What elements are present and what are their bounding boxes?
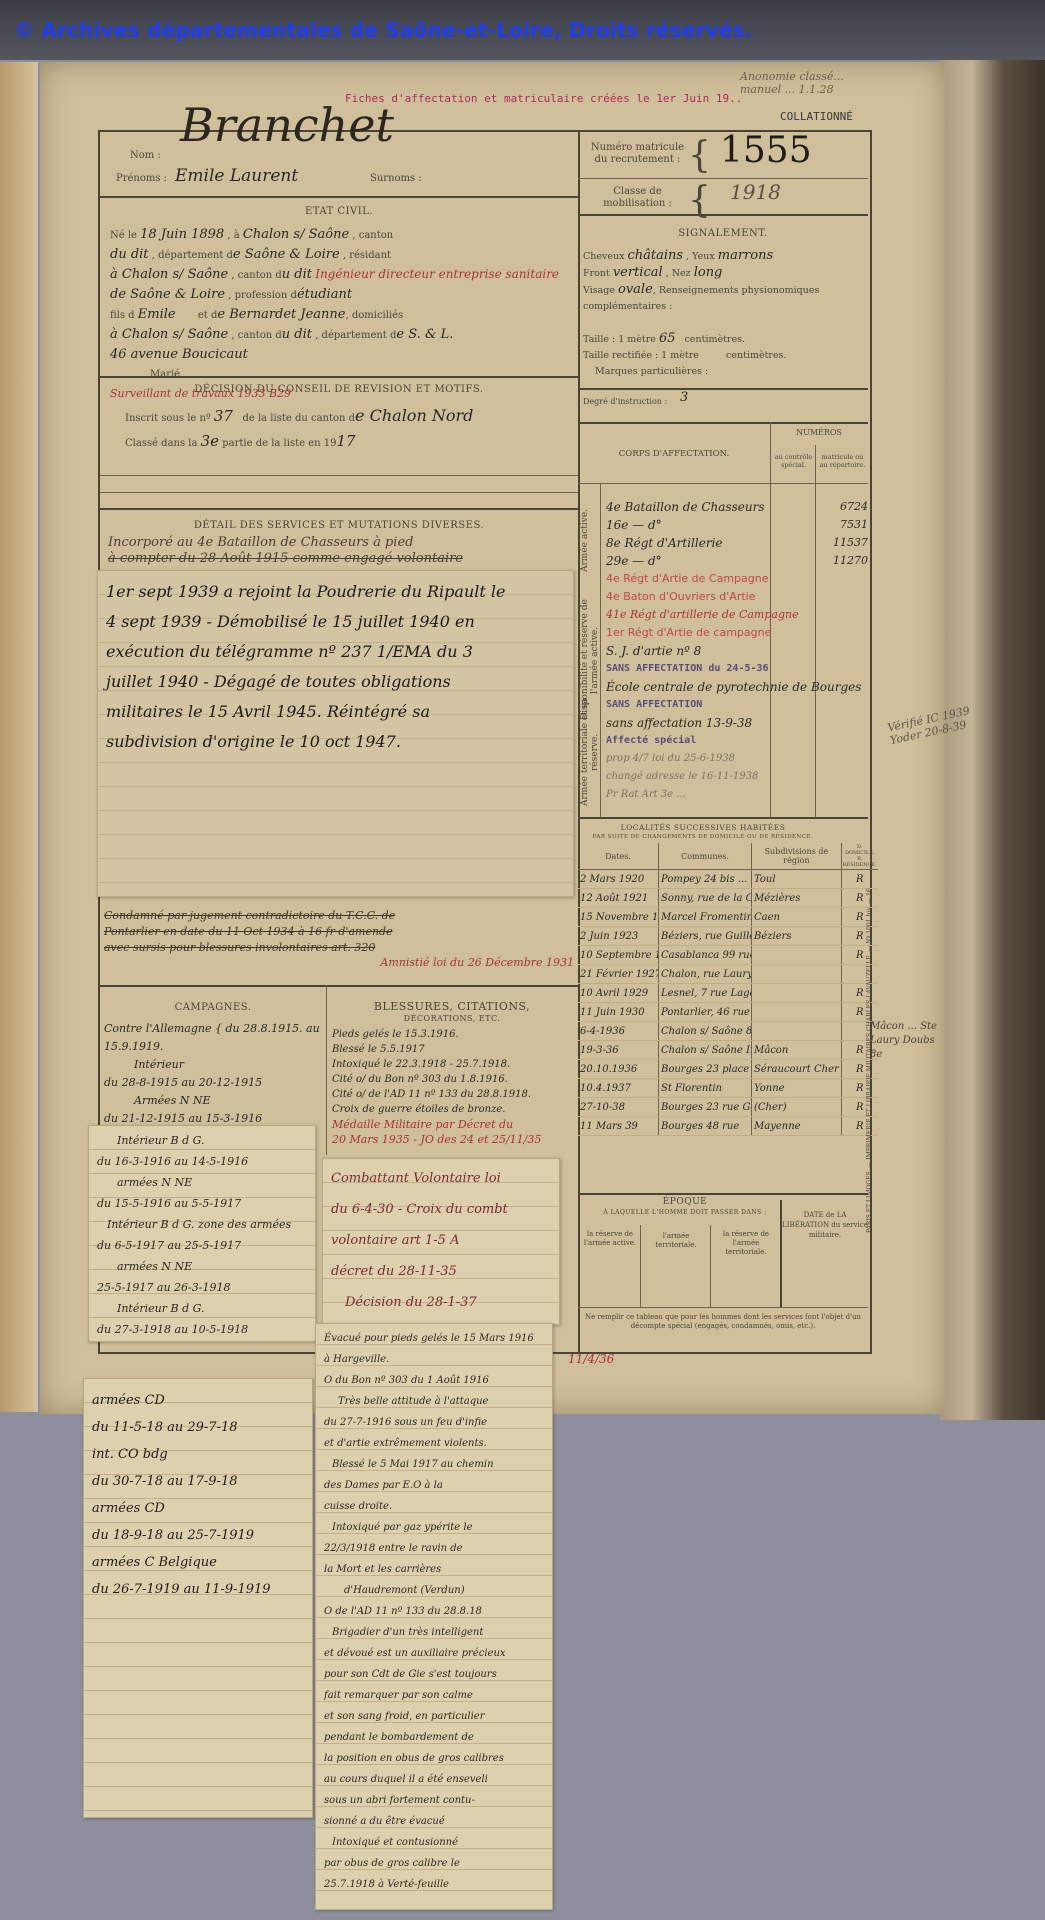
localite-date: 2 Juin 1923 (578, 927, 659, 946)
localite-commune: Casablanca 99 rue de Foucauld (659, 946, 752, 965)
nom-label: Nom : (130, 150, 161, 161)
rule (578, 483, 868, 484)
canton2-value: u dit (282, 267, 312, 282)
localite-commune: Bourges 23 place (659, 1060, 752, 1079)
col-matricule-repertoire: matricule ou au répertoire. (817, 453, 868, 469)
slip-line: armées N NE (97, 1172, 311, 1193)
corps-entry: 4e Régt d'Artie de Campagne (606, 570, 868, 588)
pasted-slip-citations: Évacué pour pieds gelés le 15 Mars 1916 … (315, 1323, 553, 1910)
localite-subdivision: Béziers (752, 927, 842, 946)
degre-instruction-label: Degré d'instruction : (583, 397, 667, 406)
corps-entry: École centrale de pyrotechnie de Bourges (606, 678, 868, 696)
corps-entry-text: 1er Régt d'Artie de campagne (606, 624, 771, 642)
services-slip-text: 1er sept 1939 a rejoint la Poudrerie du … (106, 577, 568, 757)
localite-date: 15 Novembre 1921 (578, 908, 659, 927)
corps-entry: S. J. d'artie nº 8 (606, 642, 868, 660)
localite-subdivision: Mézières (752, 889, 842, 908)
canton3-label: , canton d (231, 330, 281, 341)
localite-date: 12 Août 1921 (578, 889, 659, 908)
corps-entry-text: Affecté spécial (606, 732, 696, 750)
epoque-subtitle: À LAQUELLE L'HOMME DOIT PASSER DANS : (580, 1209, 790, 1216)
collationne-stamp: COLLATIONNÉ (780, 110, 853, 123)
col-subdivisions: Subdivisions de région (752, 843, 842, 870)
amnistie-text: Amnistié loi du 26 Décembre 1931 (104, 956, 574, 969)
slip-line: Intérieur B d G. zone des armées (97, 1214, 311, 1235)
slip-line: du 27-3-1918 au 10-5-1918 (97, 1319, 311, 1340)
localites-table: Dates. Communes. Subdivisions de région … (578, 843, 878, 1136)
localite-commune: Béziers, rue Guillemot 30 (659, 927, 752, 946)
pasted-slip-campagnes-2: armées CD du 11-5-18 au 29-7-18 int. CO … (83, 1378, 313, 1818)
corps-entry-text: 16e — d° (606, 516, 662, 534)
localite-row: 10 Avril 1929Lesnel, 7 rue LagoutR (578, 984, 878, 1003)
localite-row: 27-10-38Bourges 23 rue Gambon(Cher)R (578, 1098, 878, 1117)
classe-mobilisation-value: 1918 (730, 180, 781, 204)
creation-stamp: Fiches d'affectation et matriculaire cré… (345, 92, 742, 105)
divider (100, 508, 578, 510)
canton-value: du dit (110, 247, 149, 262)
localite-subdivision: Caen (752, 908, 842, 927)
localite-row: 20.10.1936Bourges 23 placeSéraucourt Che… (578, 1060, 878, 1079)
prenoms-label: Prénoms : (116, 173, 167, 184)
localite-date: 20.10.1936 (578, 1060, 659, 1079)
corps-entry-text: 29e — d° (606, 552, 662, 570)
corps-entry: 29e — d°11270 (606, 552, 868, 570)
slip-line: du 30-7-18 au 17-9-18 (92, 1468, 308, 1495)
corps-entry-text: 8e Régt d'Artillerie (606, 534, 723, 552)
col-communes: Communes. (659, 843, 752, 870)
nez-value: long (694, 265, 723, 280)
slip-line: armées N NE (97, 1256, 311, 1277)
mere-label: et d (198, 310, 218, 321)
fils-label: fils d (110, 310, 135, 321)
corps-entry-matricule: 11537 (833, 534, 868, 552)
campagne-line: du 28-8-1915 au 20-12-1915 (104, 1074, 324, 1092)
divider (100, 985, 578, 987)
slip-line: exécution du télégramme nº 237 1/EMA du … (106, 637, 568, 667)
condamnation-line: Condamné par jugement contradictoire du … (104, 908, 574, 924)
book-spine-left (0, 62, 38, 1412)
localite-row: 15 Novembre 1921Marcel Fromentin, Trouva… (578, 908, 878, 927)
divider (578, 214, 868, 216)
canton-liste: e Chalon Nord (355, 406, 473, 425)
prenoms-value: Emile Laurent (175, 166, 298, 186)
localite-subdivision (752, 1003, 842, 1022)
localite-row: 2 Juin 1923Béziers, rue Guillemot 30Bézi… (578, 927, 878, 946)
slip-line: armées C Belgique (92, 1549, 308, 1576)
col-armee-territoriale: l'armée territoriale. (642, 1232, 710, 1250)
slip-line: Blessé le 5 Mai 1917 au chemin (324, 1454, 548, 1475)
cheveux-value: châtains (628, 248, 684, 263)
localite-commune: Chalon s/ Saône Impasse Glas (659, 1041, 752, 1060)
slip-line: du 6-4-30 - Croix du combt (331, 1194, 555, 1225)
side-armee-active: Armée active. (580, 500, 590, 580)
adresse-value: 46 avenue Boucicaut (110, 347, 248, 362)
localite-date: 2 Mars 1920 (578, 870, 659, 889)
slip-line: Évacué pour pieds gelés le 15 Mars 1916 (324, 1328, 548, 1349)
rule (100, 475, 578, 476)
domicilies-label: , domiciliés (346, 310, 404, 321)
localite-subdivision: Séraucourt Cher (752, 1060, 842, 1079)
slip-line: Très belle attitude à l'attaque (324, 1391, 548, 1412)
slip-line: Intérieur B d G. (97, 1130, 311, 1151)
corps-entry-text: 4e Baton d'Ouvriers d'Artie (606, 588, 756, 606)
slip-line: par obus de gros calibre le (324, 1853, 548, 1874)
localite-row: 10 Septembre 1924Casablanca 99 rue de Fo… (578, 946, 878, 965)
date-liberation-title: DATE de LA LIBÉRATION du service militai… (782, 1210, 868, 1240)
corps-affectation-title: CORPS D'AFFECTATION. (578, 449, 770, 459)
conseil-revision-title: DÉCISION DU CONSEIL DE REVISION ET MOTIF… (100, 384, 578, 395)
localite-subdivision (752, 965, 842, 984)
slip-line: du 11-5-18 au 29-7-18 (92, 1414, 308, 1441)
slip-line: du 16-3-1916 au 14-5-1916 (97, 1151, 311, 1172)
marques-label: Marques particulières : (595, 366, 708, 377)
slip-line: Intoxiqué par gaz ypérite le (324, 1517, 548, 1538)
slip-line: fait remarquer par son calme (324, 1685, 548, 1706)
slip-line: Combattant Volontaire loi (331, 1163, 555, 1194)
departement3-label: , département d (315, 330, 396, 341)
slip-line: 1er sept 1939 a rejoint la Poudrerie du … (106, 577, 568, 607)
services-title: DÉTAIL DES SERVICES ET MUTATIONS DIVERSE… (100, 520, 578, 531)
campagne-line: Intérieur (104, 1056, 324, 1074)
slip-line: 22/3/1918 entre le ravin de (324, 1538, 548, 1559)
col-reserve-active: la réserve de l'armée active. (580, 1230, 640, 1248)
divider (100, 376, 578, 378)
medaille-line: Médaille Militaire par Décret du (332, 1117, 576, 1132)
localites-title: LOCALITÉS SUCCESSIVES HABITÉES (578, 823, 828, 832)
margin-note-localites: Mâcon ... Ste Laury Doubs 8e (870, 1020, 940, 1062)
corps-entry-matricule: 11270 (833, 552, 868, 570)
signalement-block: Cheveux châtains , Yeux marrons Front ve… (583, 248, 868, 380)
centimetres-label: centimètres. (726, 350, 786, 361)
degre-instruction-value: 3 (680, 390, 688, 405)
epoque-title: ÉPOQUE (580, 1197, 790, 1207)
corps-entry-text: sans affectation 13-9-38 (606, 714, 752, 732)
pasted-slip-services: 1er sept 1939 a rejoint la Poudrerie du … (97, 570, 574, 897)
blessure-line: Pieds gelés le 15.3.1916. (332, 1027, 576, 1042)
slip-line: Brigadier d'un très intelligent (324, 1622, 548, 1643)
slip-line: du 15-5-1916 au 5-5-1917 (97, 1193, 311, 1214)
localite-commune: Marcel Fromentin, Trouvain (Aisne) (659, 908, 752, 927)
localite-subdivision (752, 1022, 842, 1041)
corps-entry-text: Pr Rat Art 3e ... (606, 786, 686, 804)
domicile-parents: à Chalon s/ Saône (110, 327, 228, 342)
yeux-label: , Yeux (686, 251, 715, 262)
localite-row: 10.4.1937St FlorentinYonneR (578, 1079, 878, 1098)
corps-entry: 8e Régt d'Artillerie11537 (606, 534, 868, 552)
corps-entry: 4e Bataillon de Chasseurs6724 (606, 498, 868, 516)
classe-mobilisation-label: Classe de mobilisation : (590, 186, 685, 210)
numero-matricule-value: 1555 (720, 130, 812, 171)
side-territoriale: Armée territoriale et sa réserve. (580, 690, 600, 815)
localite-row: 19-3-36Chalon s/ Saône Impasse GlasMâcon… (578, 1041, 878, 1060)
slip-campagnes2-text: armées CD du 11-5-18 au 29-7-18 int. CO … (92, 1387, 308, 1603)
slip-line: armées CD (92, 1387, 308, 1414)
localite-subdivision (752, 984, 842, 1003)
corps-entry-matricule: 7531 (840, 516, 868, 534)
departement2-value: de Saône & Loire (110, 287, 225, 302)
localite-commune: Bourges 48 rue (659, 1117, 752, 1136)
localite-date: 10 Avril 1929 (578, 984, 659, 1003)
blessures-list: Pieds gelés le 15.3.1916. Blessé le 5.5.… (332, 1027, 576, 1147)
corps-entry-text: 4e Bataillon de Chasseurs (606, 498, 764, 516)
col-line (710, 1225, 711, 1307)
slip-line: O du Bon nº 303 du 1 Août 1916 (324, 1370, 548, 1391)
brace: { (688, 135, 711, 176)
slip-line: pendant le bombardement de (324, 1727, 548, 1748)
corps-entry-text: SANS AFFECTATION du 24-5-36 (606, 660, 769, 678)
epoque-note: Ne remplir ce tableau que pour les homme… (582, 1313, 864, 1331)
nom-value: Branchet (180, 98, 394, 152)
slip-line: juillet 1940 - Dégagé de toutes obligati… (106, 667, 568, 697)
condamnation-line: avec sursis pour blessures involontaires… (104, 940, 574, 956)
medaille-line: 20 Mars 1935 - JO des 24 et 25/11/35 (332, 1132, 576, 1147)
slip-line: subdivision d'origine le 10 oct 1947. (106, 727, 568, 757)
corps-entry-text: École centrale de pyrotechnie de Bourges (606, 678, 861, 696)
taille-rectifiee-label: Taille rectifiée : 1 mètre (583, 350, 699, 361)
corps-entry-text: 4e Régt d'Artie de Campagne (606, 570, 769, 588)
service-line: Incorporé au 4e Bataillon de Chasseurs à… (108, 535, 576, 551)
slip-line: int. CO bdg (92, 1441, 308, 1468)
copyright-watermark: © Archives départementales de Saône-et-L… (14, 18, 752, 42)
localite-subdivision: (Cher) (752, 1098, 842, 1117)
condamnation-text: Condamné par jugement contradictoire du … (104, 908, 574, 956)
condamnation-line: Pontarlier en date du 11 Oct 1934 à 16 f… (104, 924, 574, 940)
col-dates: Dates. (578, 843, 659, 870)
etat-civil-title: ETAT CIVIL. (100, 206, 578, 217)
localite-date: 10 Septembre 1924 (578, 946, 659, 965)
localite-date: 11 Juin 1930 (578, 1003, 659, 1022)
numero-matricule-label: Numéro matricule du recrutement : (590, 142, 685, 166)
slip-line: armées CD (92, 1495, 308, 1522)
stamp-date: 11/4/36 (568, 1352, 614, 1366)
blessure-line: Blessé le 5.5.1917 (332, 1042, 576, 1057)
corps-entry: sans affectation 13-9-38 (606, 714, 868, 732)
col-line (600, 483, 601, 817)
localite-commune: Pontarlier, 46 rue Gambetta (659, 1003, 752, 1022)
pasted-slip-campagnes-1: Intérieur B d G. du 16-3-1916 au 14-5-19… (88, 1125, 316, 1342)
surnoms-label: Surnoms : (370, 173, 422, 184)
localite-date: 21 Février 1927 (578, 965, 659, 984)
corps-entry-text: changé adresse le 16-11-1938 (606, 768, 758, 786)
lieu-naissance: Chalon s/ Saône (243, 227, 349, 242)
slip-line: et dévoué est un auxiliaire précieux (324, 1643, 548, 1664)
localites-header-row: Dates. Communes. Subdivisions de région … (578, 843, 878, 870)
localite-subdivision: Mâcon (752, 1041, 842, 1060)
localite-commune: Chalon, rue Laury, 42 avenue Boucicaut (659, 965, 752, 984)
blessure-line: Croix de guerre étoiles de bronze. (332, 1102, 576, 1117)
slip-line: à Hargeville. (324, 1349, 548, 1370)
corps-entry-text: S. J. d'artie nº 8 (606, 642, 701, 660)
campagne-line: Armées N NE (104, 1092, 324, 1110)
marie-label: Marié (150, 369, 180, 380)
profession-correction: Ingénieur directeur entreprise sanitaire (315, 267, 559, 281)
signalement-title: SIGNALEMENT. (578, 228, 868, 239)
taille-label: Taille : 1 mètre (583, 334, 656, 345)
localite-commune: Sonny, rue de la Chaux (659, 889, 752, 908)
slip-line: et d'artie extrêmement violents. (324, 1433, 548, 1454)
localite-row: 11 Juin 1930Pontarlier, 46 rue GambettaR (578, 1003, 878, 1022)
blessures-title: BLESSURES, CITATIONS, (326, 1000, 578, 1013)
localite-commune: Bourges 23 rue Gambon (659, 1098, 752, 1117)
localite-subdivision: Mayenne (752, 1117, 842, 1136)
col-line (640, 1225, 641, 1307)
localite-row: 11 Mars 39Bourges 48 rueMayenneR (578, 1117, 878, 1136)
slip-line: du 27-7-1916 sous un feu d'infie (324, 1412, 548, 1433)
slip-citations-text: Évacué pour pieds gelés le 15 Mars 1916 … (324, 1328, 548, 1895)
pere-value: Emile (138, 307, 176, 322)
corps-entry-text: prop 4/7 loi du 25-6-1938 (606, 750, 735, 768)
slip-line: du 18-9-18 au 25-7-1919 (92, 1522, 308, 1549)
corps-entry: SANS AFFECTATION (606, 696, 868, 714)
localite-commune: Pompey 24 bis ... St-Eustache (659, 870, 752, 889)
classe-label: Classé dans la (125, 438, 197, 449)
divider (578, 388, 868, 390)
localite-row: 12 Août 1921Sonny, rue de la ChauxMézièr… (578, 889, 878, 908)
departement3-value: e S. & L. (396, 327, 453, 342)
canton-label: , canton (352, 230, 393, 241)
conseil-revision-block: Inscrit sous le nº 37 de la liste du can… (125, 405, 575, 455)
localite-row: 2 Mars 1920Pompey 24 bis ... St-Eustache… (578, 870, 878, 889)
blessures-subtitle: DÉCORATIONS, ETC. (326, 1014, 578, 1023)
slip-line: pour son Cdt de Gie s'est toujours (324, 1664, 548, 1685)
nez-label: , Nez (666, 268, 691, 279)
localite-date: 19-3-36 (578, 1041, 659, 1060)
slip-line: des Dames par E.O à la (324, 1475, 548, 1496)
date-naissance: 18 Juin 1898 (140, 227, 224, 242)
book-page-edges-right (940, 60, 1045, 1420)
slip-line: et son sang froid, en particulier (324, 1706, 548, 1727)
localite-commune: Lesnel, 7 rue Lagout (659, 984, 752, 1003)
residence-value: à Chalon s/ Saône (110, 267, 228, 282)
services-original: Incorporé au 4e Bataillon de Chasseurs à… (108, 535, 576, 567)
localite-date: 27-10-38 (578, 1098, 659, 1117)
front-label: Front (583, 268, 610, 279)
campagnes-title: CAMPAGNES. (100, 1002, 326, 1013)
residant-label: , résidant (343, 250, 391, 261)
slip-line: d'Haudremont (Verdun) (324, 1580, 548, 1601)
slip-line: Intérieur B d G. (97, 1298, 311, 1319)
corps-entry-text: SANS AFFECTATION (606, 696, 702, 714)
localite-commune: Chalon s/ Saône 86 Avenue Boucicaut (659, 1022, 752, 1041)
corps-entry: 16e — d°7531 (606, 516, 868, 534)
taille-value: 65 (659, 331, 676, 346)
divider (100, 196, 578, 198)
slip-line: décret du 28-11-35 (331, 1256, 555, 1287)
cheveux-label: Cheveux (583, 251, 624, 262)
departement-value: e Saône & Loire (233, 247, 340, 262)
inscrit-label: Inscrit sous le nº (125, 413, 211, 424)
slip-line: 25.7.1918 à Verté-feuille (324, 1874, 548, 1895)
rule (578, 178, 868, 179)
slip-line: la position en obus de gros calibres (324, 1748, 548, 1769)
rule (578, 1307, 868, 1308)
service-line: à compter du 28 Août 1915 comme engagé v… (108, 551, 576, 567)
slip-line: militaires le 15 Avril 1945. Réintégré s… (106, 697, 568, 727)
centimetres-label: centimètres. (685, 334, 745, 345)
slip-campagnes-text: Intérieur B d G. du 16-3-1916 au 14-5-19… (97, 1130, 311, 1340)
pencil-note-top: Anonomie classé... manuel ... 1.1.28 (740, 70, 870, 96)
slip-line: Intoxiqué et contusionné (324, 1832, 548, 1853)
divider (578, 817, 868, 819)
blessure-line: Intoxiqué le 22.3.1918 - 25.7.1918. (332, 1057, 576, 1072)
corps-entry: SANS AFFECTATION du 24-5-36 (606, 660, 868, 678)
corps-entry: Pr Rat Art 3e ... (606, 786, 868, 804)
localite-row: 21 Février 1927Chalon, rue Laury, 42 ave… (578, 965, 878, 984)
rule (100, 492, 578, 493)
localite-commune: St Florentin (659, 1079, 752, 1098)
col-controle-special: au contrôle spécial. (772, 453, 815, 469)
corps-entry-text: 41e Régt d'artillerie de Campagne (606, 606, 799, 624)
campagnes-list: Contre l'Allemagne { du 28.8.1915. au 15… (104, 1020, 324, 1128)
col-reserve-territoriale: la réserve de l'armée territoriale. (712, 1230, 780, 1257)
slip-line: sous un abri fortement contu- (324, 1790, 548, 1811)
canton3-value: u dit (282, 327, 312, 342)
blessure-line: Cité o/ du Bon nº 303 du 1.8.1916. (332, 1072, 576, 1087)
localite-subdivision: Yonne (752, 1079, 842, 1098)
slip-line: la Mort et les carrières (324, 1559, 548, 1580)
visage-value: ovale (618, 282, 653, 297)
partie-label: partie de la liste en 19 (222, 438, 336, 449)
visage-label: Visage (583, 285, 615, 296)
canton2-label: , canton d (231, 270, 281, 281)
slip-line: 4 sept 1939 - Démobilisé le 15 juillet 1… (106, 607, 568, 637)
corps-entry: Affecté spécial (606, 732, 868, 750)
annee-liste: 17 (336, 432, 355, 450)
liste-label: de la liste du canton d (242, 413, 355, 424)
localite-date: 11 Mars 39 (578, 1117, 659, 1136)
corps-entry-matricule: 6724 (840, 498, 868, 516)
corps-entry: 4e Baton d'Ouvriers d'Artie (606, 588, 868, 606)
slip-line: du 6-5-1917 au 25-5-1917 (97, 1235, 311, 1256)
divider (578, 1193, 868, 1195)
blessure-line: Cité o/ de l'AD 11 nº 133 du 28.8.1918. (332, 1087, 576, 1102)
yeux-value: marrons (718, 248, 773, 263)
departement-label: , département d (152, 250, 233, 261)
slip-line: Décision du 28-1-37 (331, 1287, 555, 1318)
slip-line: volontaire art 1-5 A (331, 1225, 555, 1256)
slip-line: sionné a du être évacué (324, 1811, 548, 1832)
slip-line: du 26-7-1919 au 11-9-1919 (92, 1576, 308, 1603)
partie-value: 3e (201, 432, 219, 450)
ne-le-label: Né le (110, 230, 137, 241)
slip-combattant-text: Combattant Volontaire loi du 6-4-30 - Cr… (331, 1163, 555, 1318)
slip-line: O de l'AD 11 nº 133 du 28.8.18 (324, 1601, 548, 1622)
front-value: vertical (613, 265, 663, 280)
a-label: , à (227, 230, 239, 241)
corps-affectation-list: 4e Bataillon de Chasseurs672416e — d°753… (606, 498, 868, 804)
corps-entry: prop 4/7 loi du 25-6-1938 (606, 750, 868, 768)
slip-line: 25-5-1917 au 26-3-1918 (97, 1277, 311, 1298)
pasted-slip-combattant-volontaire: Combattant Volontaire loi du 6-4-30 - Cr… (322, 1158, 560, 1325)
localite-date: 6-4-1936 (578, 1022, 659, 1041)
localite-subdivision: Toul (752, 870, 842, 889)
campagne-line: Contre l'Allemagne { du 28.8.1915. au 15… (104, 1020, 324, 1056)
mere-value: e Bernardet Jeanne (217, 307, 345, 322)
slip-line: cuisse droite. (324, 1496, 548, 1517)
corps-entry: changé adresse le 16-11-1938 (606, 768, 868, 786)
localite-subdivision (752, 946, 842, 965)
numeros-title: NUMÉROS (770, 428, 868, 437)
corps-entry: 1er Régt d'Artie de campagne (606, 624, 868, 642)
divider (578, 422, 868, 424)
profession-value: étudiant (297, 287, 352, 302)
slip-line: au cours duquel il a été enseveli (324, 1769, 548, 1790)
inscrit-numero: 37 (214, 407, 233, 425)
localite-date: 10.4.1937 (578, 1079, 659, 1098)
localites-subtitle: PAR SUITE DE CHANGEMENTS DE DOMICILE OU … (578, 834, 828, 840)
corps-entry: 41e Régt d'artillerie de Campagne (606, 606, 868, 624)
profession-label: , profession d (228, 290, 297, 301)
